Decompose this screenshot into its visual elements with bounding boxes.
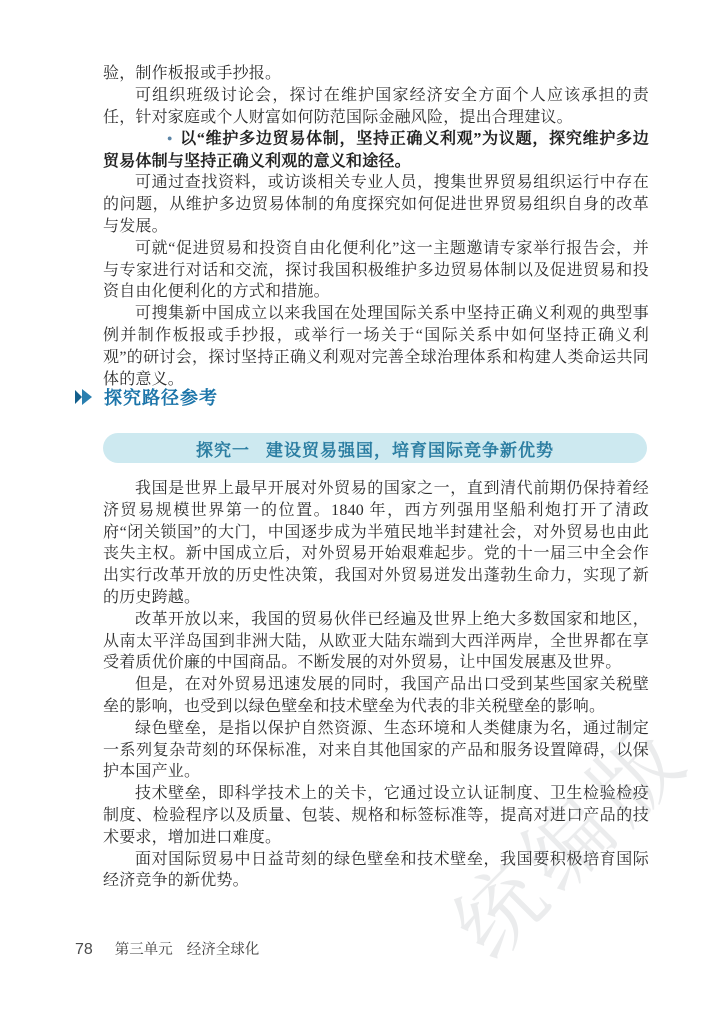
paragraph: 可组织班级讨论会，探讨在维护国家经济安全方面个人应该承担的责任，针对家庭或个人财… [103, 85, 649, 129]
footer-unit: 第三单元 [115, 938, 173, 959]
paragraph: 绿色壁垒，是指以保护自然资源、生态环境和人类健康为名，通过制定一系列复杂苛刻的环… [103, 718, 649, 783]
double-triangle-icon [75, 389, 95, 405]
bullet-icon: ● [135, 128, 173, 150]
activity-bullet-paragraph: ●以“维护多边贸易体制，坚持正确义利观”为议题，探究维护多边贸易体制与坚持正确义… [103, 128, 649, 172]
inquiry-banner-title: 建设贸易强国，培育国际竞争新优势 [266, 436, 554, 461]
paragraph: 可通过查找资料，或访谈相关专业人员，搜集世界贸易组织运行中存在的问题，从维护多边… [103, 172, 649, 237]
section-heading: 探究路径参考 [75, 384, 218, 410]
paragraph: 我国是世界上最早开展对外贸易的国家之一，直到清代前期仍保持着经济贸易规模世界第一… [103, 478, 649, 609]
inquiry-banner-label: 探究一 [196, 436, 250, 461]
activity-suggestions-block: 验，制作板报或手抄报。可组织班级讨论会，探讨在维护国家经济安全方面个人应该承担的… [103, 63, 649, 390]
page-footer: 78 第三单元 经济全球化 [75, 938, 259, 959]
paragraph: 改革开放以来，我国的贸易伙伴已经遍及世界上绝大多数国家和地区，从南太平洋岛国到非… [103, 609, 649, 674]
body-text-block: 我国是世界上最早开展对外贸易的国家之一，直到清代前期仍保持着经济贸易规模世界第一… [103, 478, 649, 892]
paragraph: 面对国际贸易中日益苛刻的绿色壁垒和技术壁垒，我国要积极培育国际经济竞争的新优势。 [103, 849, 649, 893]
paragraph: 可搜集新中国成立以来我国在处理国际关系中坚持正确义利观的典型事例并制作板报或手抄… [103, 303, 649, 390]
section-heading-title: 探究路径参考 [104, 384, 218, 410]
textbook-page: 验，制作板报或手抄报。可组织班级讨论会，探讨在维护国家经济安全方面个人应该承担的… [0, 0, 714, 1010]
paragraph: 技术壁垒，即科学技术上的关卡，它通过设立认证制度、卫生检验检疫制度、检验程序以及… [103, 783, 649, 848]
inquiry-banner: 探究一 建设贸易强国，培育国际竞争新优势 [103, 433, 647, 463]
paragraph: 验，制作板报或手抄报。 [103, 63, 649, 85]
page-number: 78 [75, 941, 93, 959]
paragraph: 可就“促进贸易和投资自由化便利化”这一主题邀请专家举行报告会，并与专家进行对话和… [103, 238, 649, 303]
paragraph: 但是，在对外贸易迅速发展的同时，我国产品出口受到某些国家关税壁垒的影响，也受到以… [103, 674, 649, 718]
footer-chapter: 经济全球化 [187, 938, 260, 959]
